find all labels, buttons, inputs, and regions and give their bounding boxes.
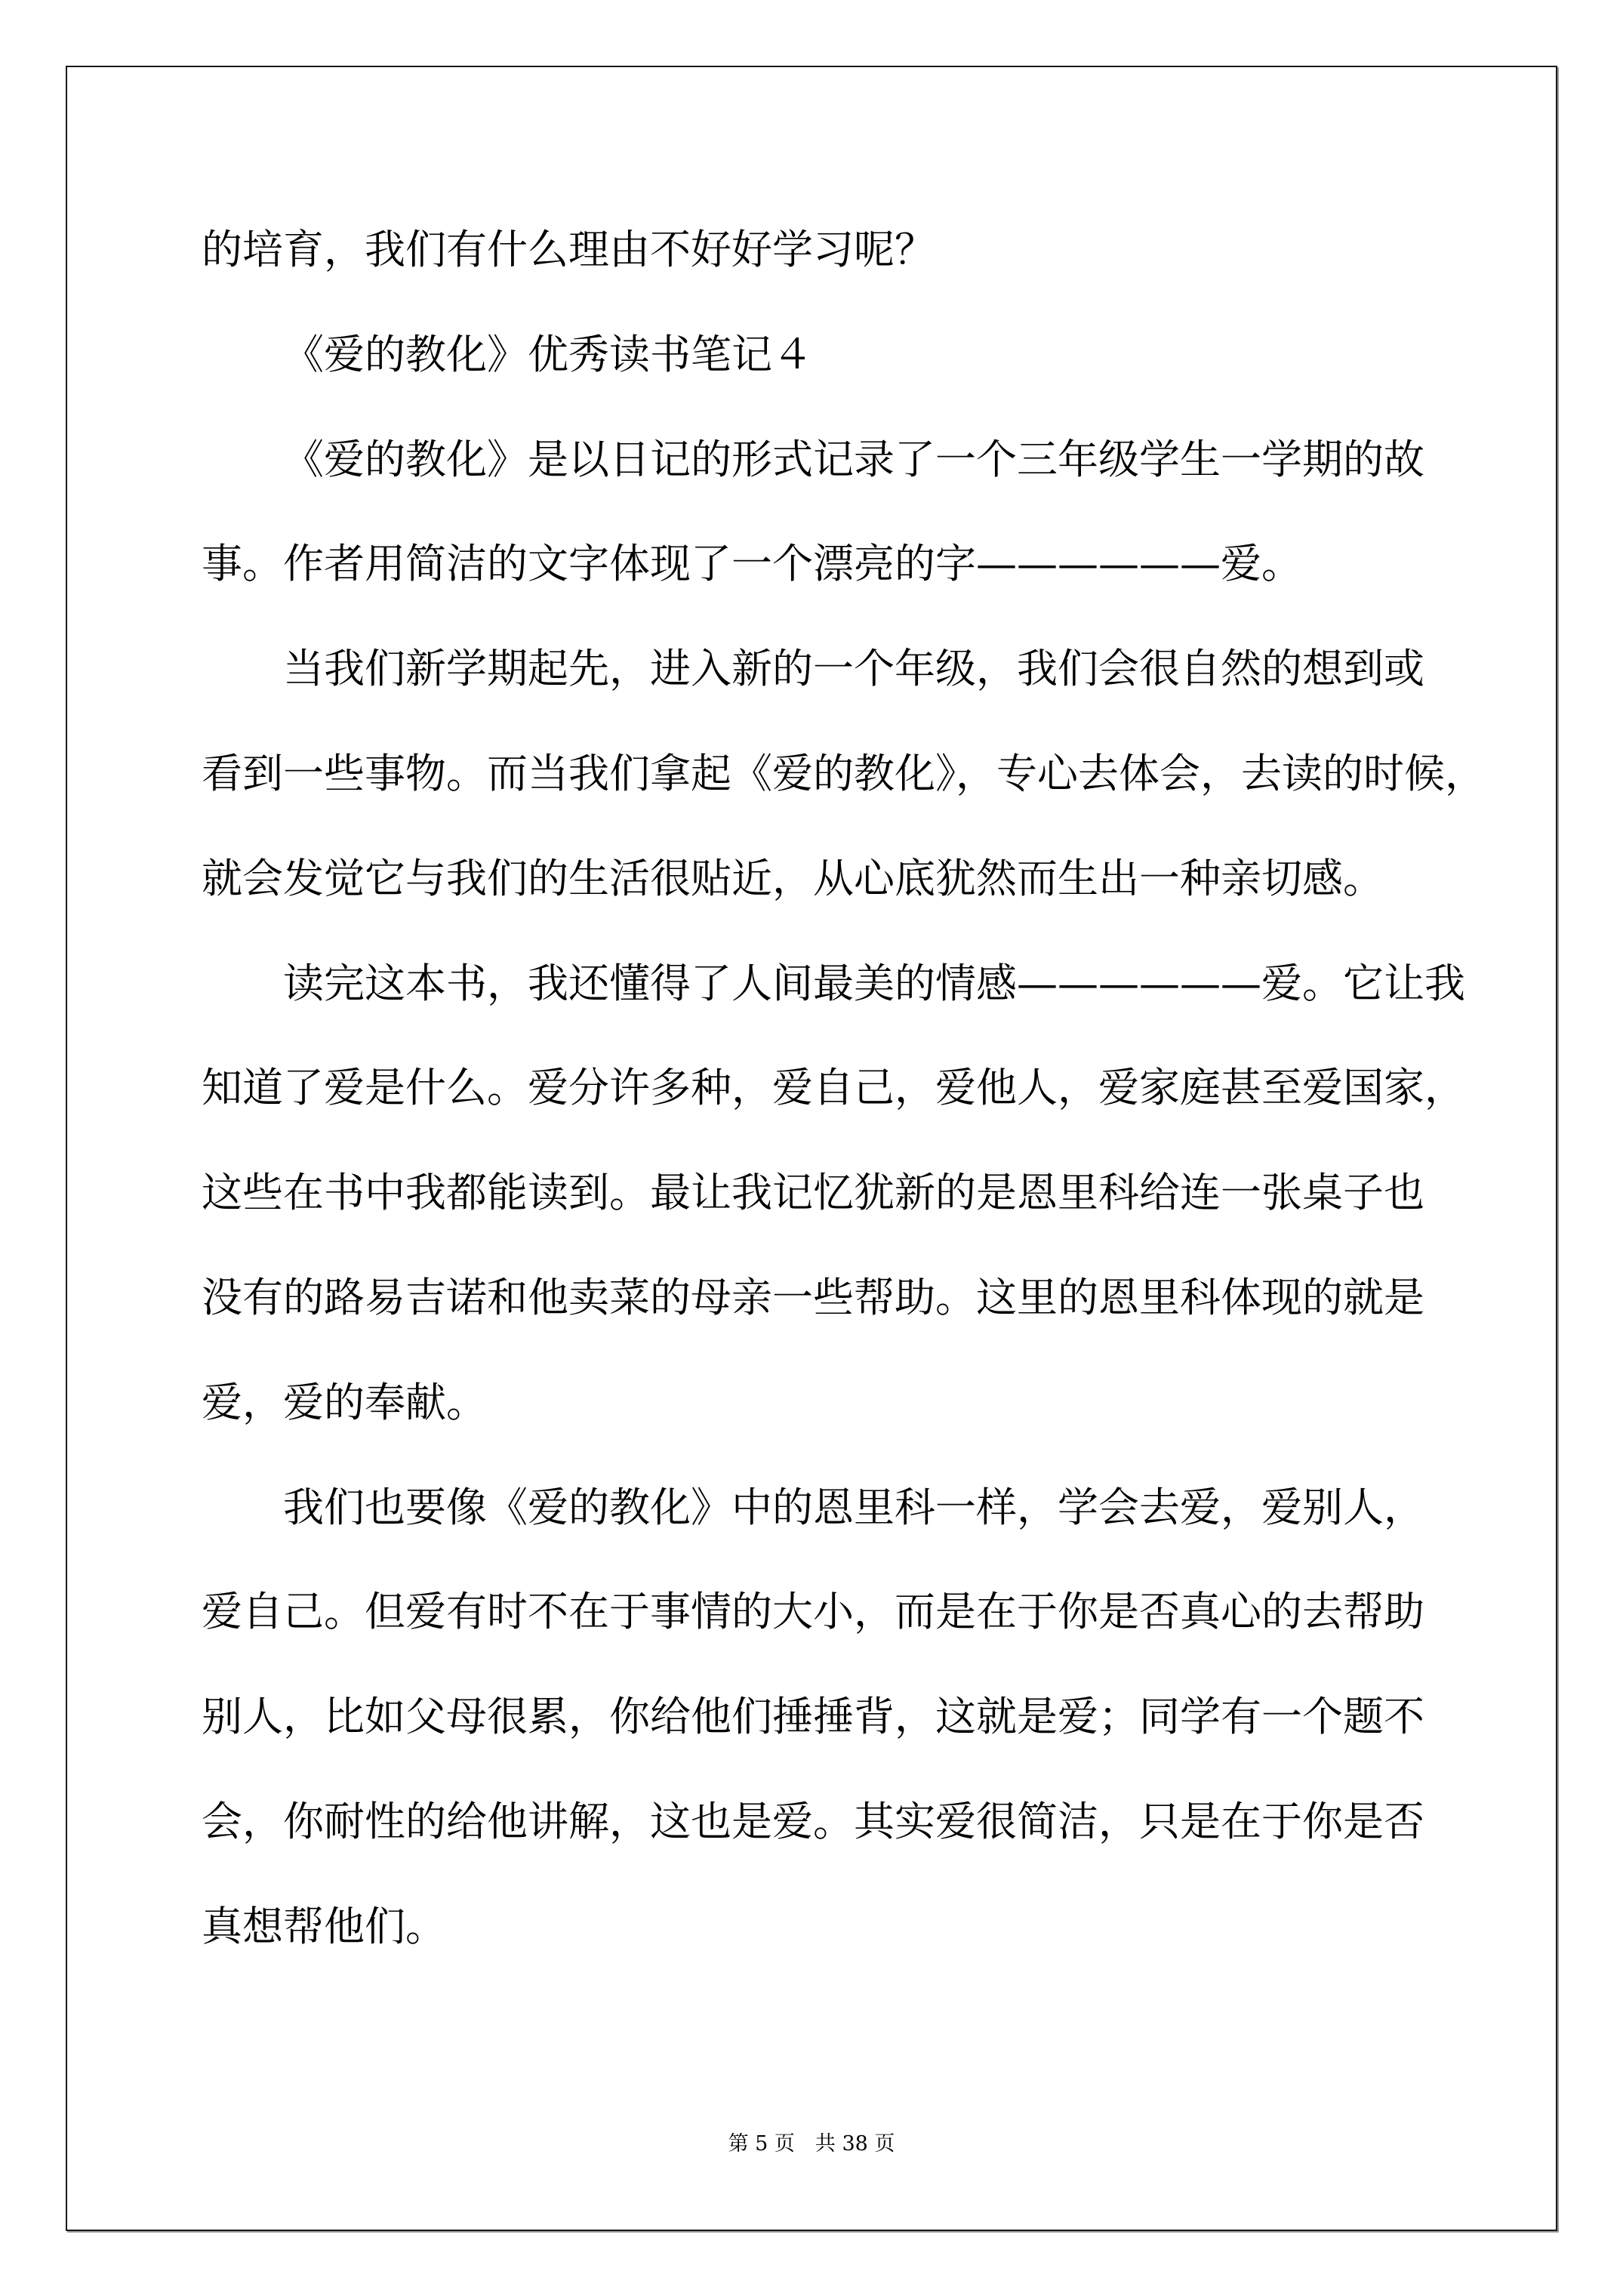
text-line: 我们也要像《爱的教化》中的恩里科一样，学会去爱，爱别人， [202,1456,1424,1561]
text-line: 真想帮他们。 [202,1875,1424,1980]
text-line: 看到一些事物。而当我们拿起《爱的教化》，专心去体会，去读的时候， [202,722,1424,827]
text-line: 爱，爱的奉献。 [202,1351,1424,1456]
text-line: 这些在书中我都能读到。最让我记忆犹新的是恩里科给连一张桌子也 [202,1141,1424,1246]
text-line: 别人，比如父母很累，你给他们捶捶背，这就是爱；同学有一个题不 [202,1665,1424,1770]
total-pages-label: 共 38 页 [815,2132,895,2156]
text-line: 事。作者用简洁的文字体现了一个漂亮的字——————爱。 [202,512,1424,617]
text-line: 会，你耐性的给他讲解，这也是爱。其实爱很简洁，只是在于你是否 [202,1770,1424,1875]
text-line: 《爱的教化》是以日记的形式记录了一个三年级学生一学期的故 [202,408,1424,513]
text-line: 当我们新学期起先，进入新的一个年级，我们会很自然的想到或 [202,617,1424,722]
document-body: 的培育，我们有什么理由不好好学习呢？ 《爱的教化》优秀读书笔记４ 《爱的教化》是… [202,198,1424,1980]
page-footer: 第 5 页共 38 页 [0,2131,1623,2158]
text-line: 爱自己。但爱有时不在于事情的大小，而是在于你是否真心的去帮助 [202,1560,1424,1665]
text-line: 知道了爱是什么。爱分许多种，爱自己，爱他人，爱家庭甚至爱国家， [202,1036,1424,1141]
section-heading: 《爱的教化》优秀读书笔记４ [202,303,1424,408]
current-page-label: 第 5 页 [728,2132,795,2156]
text-line: 就会发觉它与我们的生活很贴近，从心底犹然而生出一种亲切感。 [202,827,1424,932]
text-line: 没有的路易吉诺和他卖菜的母亲一些帮助。这里的恩里科体现的就是 [202,1246,1424,1351]
text-line: 读完这本书，我还懂得了人间最美的情感——————爱。它让我 [202,932,1424,1037]
text-line: 的培育，我们有什么理由不好好学习呢？ [202,198,1424,303]
